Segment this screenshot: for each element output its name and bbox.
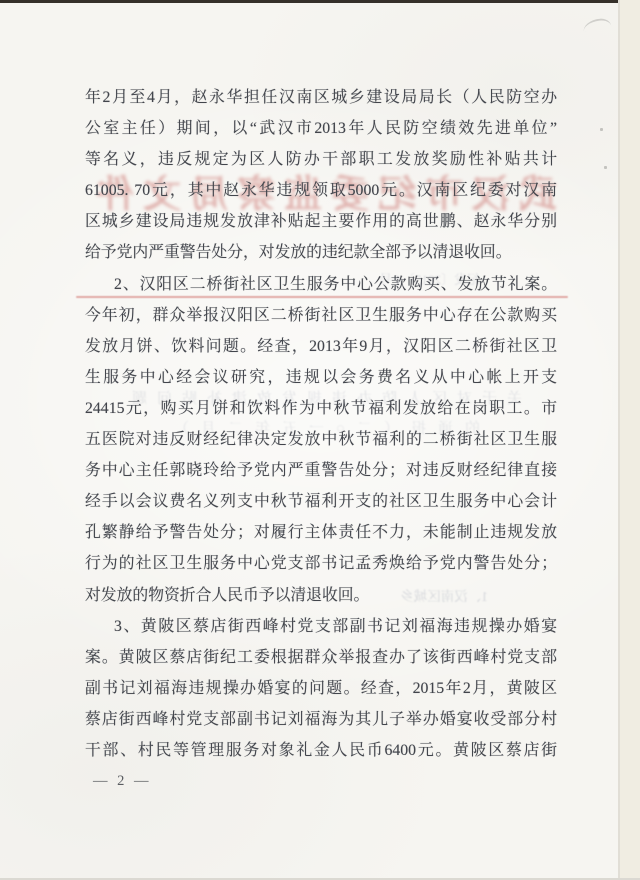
text-line-4: 61005. 70元，其中赵永华违规领取5000元。汉南区纪委对汉南 bbox=[85, 175, 557, 206]
text-line-14: 经手以会议费名义列支中秋节福利开支的社区卫生服务中心会计 bbox=[85, 486, 557, 517]
section-3-heading: 3、黄陂区蔡店街西峰村党支部副书记刘福海违规操办婚宴 bbox=[85, 611, 557, 642]
text-line-1: 年2月至4月，赵永华担任汉南区城乡建设局局长（人民防空办 bbox=[85, 82, 557, 113]
scan-right-band bbox=[620, 0, 640, 880]
page-number: — 2 — bbox=[93, 771, 152, 791]
text-line-6: 给予党内严重警告处分，对发放的违纪款全部予以清退收回。 bbox=[85, 237, 557, 268]
text-line-15: 孔繁静给予警告处分；对履行主体责任不力，未能制止违规发放 bbox=[85, 517, 557, 548]
text-line-8: 今年初，群众举报汉阳区二桥街社区卫生服务中心存在公款购买 bbox=[85, 300, 557, 331]
scan-top-edge bbox=[0, 0, 640, 3]
text-line-19: 案。黄陂区蔡店街纪工委根据群众举报查办了该街西峰村党支部 bbox=[85, 642, 557, 673]
section-2-heading: 2、汉阳区二桥街社区卫生服务中心公款购买、发放节礼案。 bbox=[85, 269, 557, 300]
text-line-5: 区城乡建设局违规发放津补贴起主要作用的高世鹏、赵永华分别 bbox=[85, 206, 557, 237]
text-line-17: 对发放的物资折合人民币予以清退收回。 bbox=[85, 580, 557, 611]
document-body: 年2月至4月，赵永华担任汉南区城乡建设局局长（人民防空办 公室主任）期间，以“武… bbox=[85, 82, 557, 766]
scan-speck bbox=[600, 128, 603, 131]
text-line-16: 行为的社区卫生服务中心党支部书记孟秀焕给予党内警告处分； bbox=[85, 548, 557, 579]
scanned-document-page: 武汉市纪委监察局文件 纪发〔2015〕4 号 关于对区人防办违规发放津补贴问题 … bbox=[0, 0, 640, 880]
text-line-9: 发放月饼、饮料问题。经查，2013年9月，汉阳区二桥街社区卫 bbox=[85, 331, 557, 362]
text-line-3: 等名义，违反规定为区人防办干部职工发放奖励性补贴共计 bbox=[85, 144, 557, 175]
text-line-2: 公室主任）期间，以“武汉市2013年人民防空绩效先进单位” bbox=[85, 113, 557, 144]
text-line-10: 生服务中心经会议研究，违规以会务费名义从中心帐上开支 bbox=[85, 362, 557, 393]
text-line-21: 蔡店街西峰村党支部副书记刘福海为其儿子举办婚宴收受部分村 bbox=[85, 704, 557, 735]
scan-speck bbox=[604, 166, 607, 169]
text-line-22: 干部、村民等管理服务对象礼金人民币6400元。黄陂区蔡店街 bbox=[85, 735, 557, 766]
text-line-11: 24415元，购买月饼和饮料作为中秋节福利发放给在岗职工。市 bbox=[85, 393, 557, 424]
text-line-12: 五医院对违反财经纪律决定发放中秋节福利的二桥街社区卫生服 bbox=[85, 424, 557, 455]
text-line-13: 务中心主任郭晓玲给予党内严重警告处分；对违反财经纪律直接 bbox=[85, 455, 557, 486]
pencil-mark bbox=[582, 17, 611, 31]
text-line-20: 副书记刘福海违规操办婚宴的问题。经查，2015年2月，黄陂区 bbox=[85, 673, 557, 704]
